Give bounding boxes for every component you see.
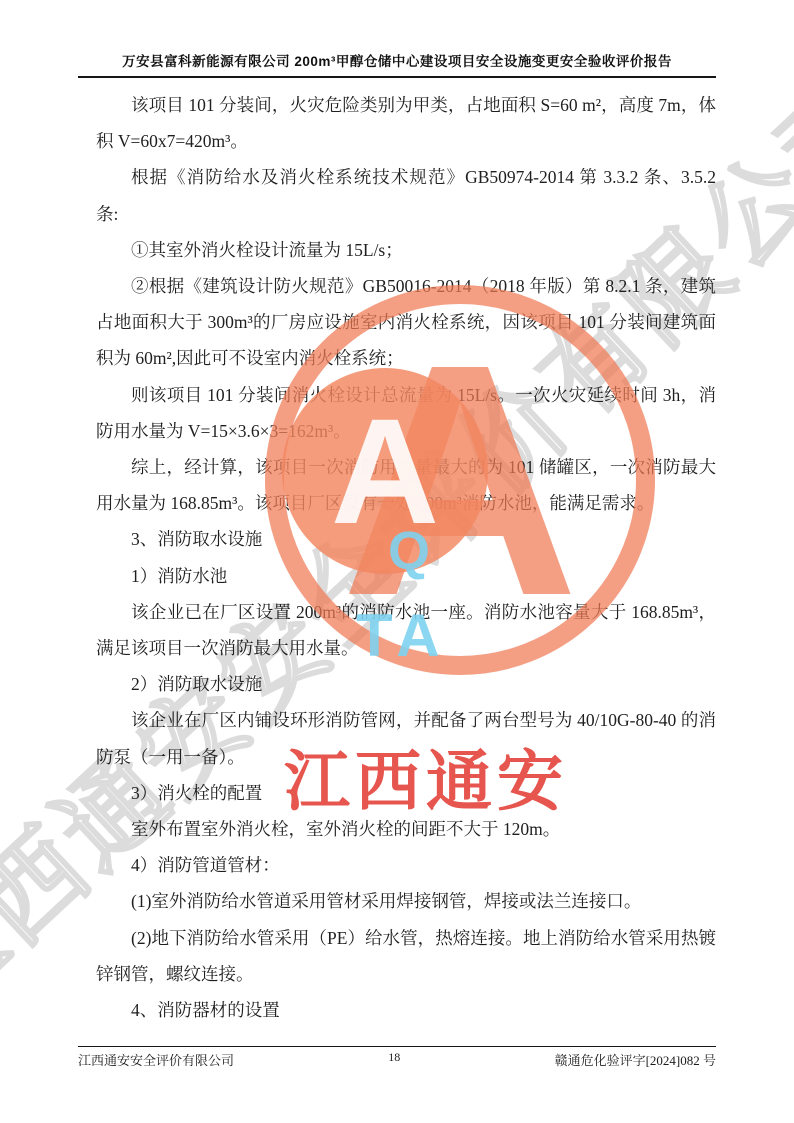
body-paragraph: (2)地下消防给水管采用（PE）给水管，热熔连接。地上消防给水管采用热镀锌钢管，…	[96, 920, 716, 992]
report-body: 该项目 101 分装间，火灾危险类别为甲类，占地面积 S=60 m²，高度 7m…	[96, 87, 716, 1028]
body-paragraph: 2）消防取水设施	[96, 666, 716, 702]
body-paragraph: 4）消防管道管材：	[96, 847, 716, 883]
body-paragraph: 该企业在厂区内铺设环形消防管网，并配备了两台型号为 40/10G-80-40 的…	[96, 702, 716, 774]
body-paragraph: 该企业已在厂区设置 200m³的消防水池一座。消防水池容量大于 168.85m³…	[96, 594, 716, 666]
page-footer: 江西通安安全评价有限公司 18 赣通危化验评字[2024]082 号	[78, 1046, 716, 1069]
body-paragraph: 3、消防取水设施	[96, 521, 716, 557]
body-paragraph: 根据《消防给水及消火栓系统技术规范》GB50974-2014 第 3.3.2 条…	[96, 159, 716, 231]
body-paragraph: 则该项目 101 分装间消火栓设计总流量为 15L/s。一次火灾延续时间 3h，…	[96, 377, 716, 449]
body-paragraph: 综上，经计算，该项目一次消防用水量最大的为 101 储罐区，一次消防最大用水量为…	[96, 449, 716, 521]
body-paragraph: 该项目 101 分装间，火灾危险类别为甲类，占地面积 S=60 m²，高度 7m…	[96, 87, 716, 159]
header-divider	[78, 76, 716, 78]
body-paragraph: 4、消防器材的设置	[96, 992, 716, 1028]
footer-page-number: 18	[388, 1050, 400, 1065]
report-header-title: 万安县富科新能源有限公司 200m³甲醇仓储中心建设项目安全设施变更安全验收评价…	[0, 50, 794, 70]
footer-company: 江西通安安全评价有限公司	[78, 1050, 234, 1069]
body-paragraph: 3）消火栓的配置	[96, 775, 716, 811]
body-paragraph: ②根据《建筑设计防火规范》GB50016-2014（2018 年版）第 8.2.…	[96, 268, 716, 377]
body-paragraph: 室外布置室外消火栓，室外消火栓的间距不大于 120m。	[96, 811, 716, 847]
body-paragraph: 1）消防水池	[96, 558, 716, 594]
paragraph-list: 该项目 101 分装间，火灾危险类别为甲类，占地面积 S=60 m²，高度 7m…	[96, 87, 716, 1028]
document-page: 江西通安安全评价有限公司 江西通安 万安县富科新能源有限公司 200m³甲醇仓储…	[0, 0, 794, 1123]
footer-doc-number: 赣通危化验评字[2024]082 号	[555, 1050, 716, 1069]
body-paragraph: ①其室外消火栓设计流量为 15L/s；	[96, 232, 716, 268]
body-paragraph: (1)室外消防给水管道采用管材采用焊接钢管，焊接或法兰连接口。	[96, 883, 716, 919]
